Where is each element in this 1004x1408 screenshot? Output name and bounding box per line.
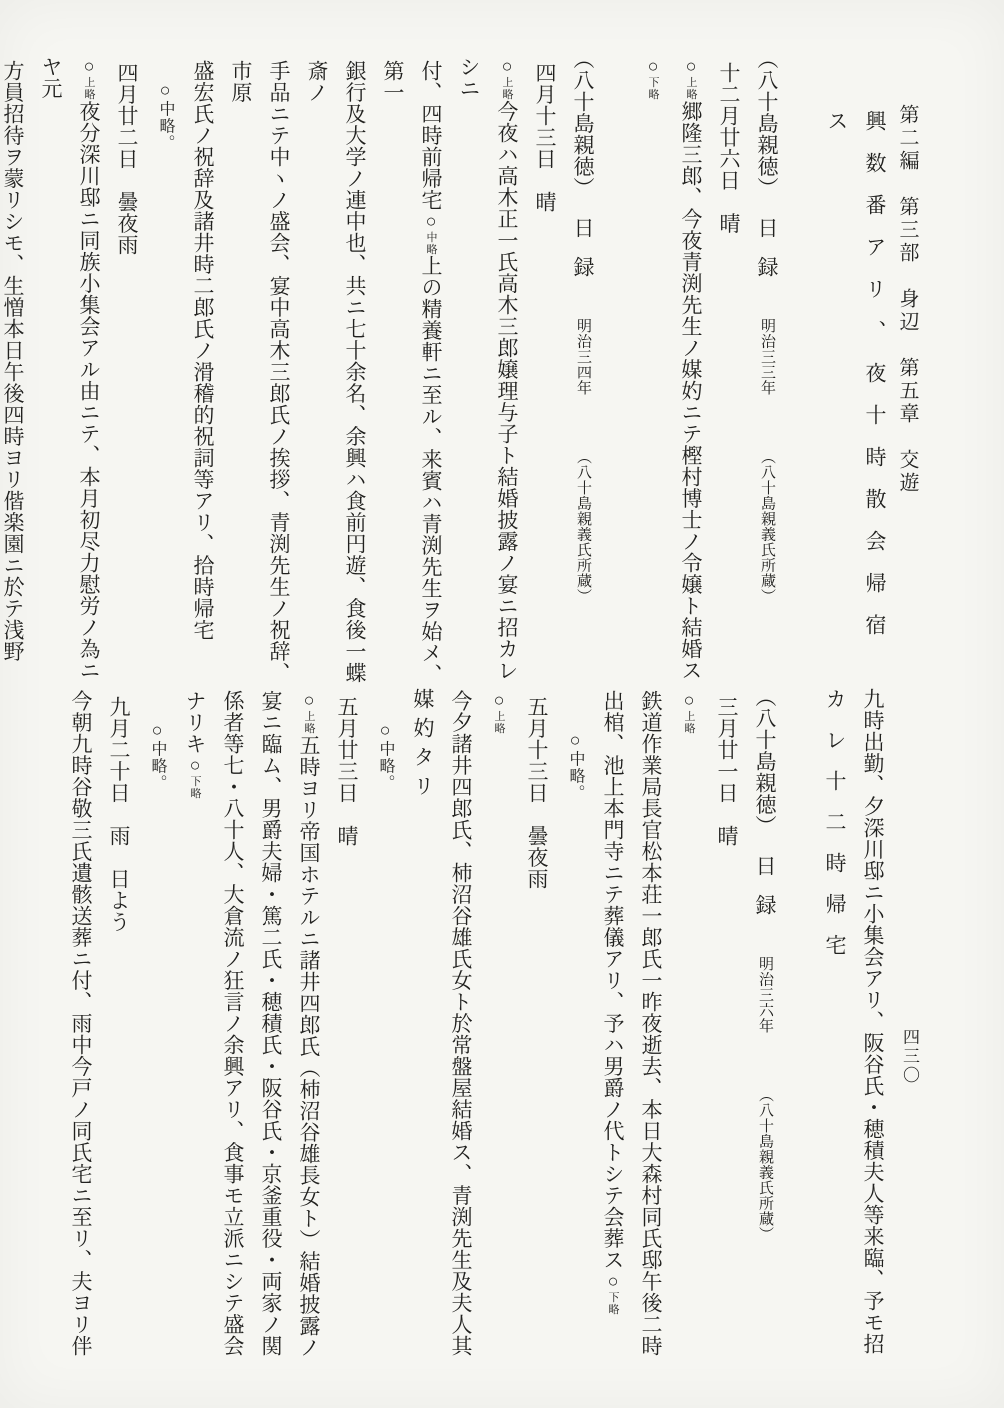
circle-icon: ○ [375,720,395,741]
circle-icon: ○ [679,690,699,711]
text-column: 五月廿三日 晴 [328,686,366,1408]
text-column: 鉄道作業局長官松本荘一郎氏一昨夜逝去、本日大森村同氏邸午後二時 [632,686,670,1408]
circle-icon: ○ [489,690,509,711]
omission-marker: ○中略 [419,211,443,256]
omission-marker: ○下略 [183,755,207,800]
text-column: 四月十三日 晴 [526,48,564,688]
heading-segment: 日 [755,217,779,239]
text-column: ○中略。 [556,686,594,1408]
text-column: ナリキ○下略 [176,686,214,1408]
circle-icon: ○ [565,730,585,751]
omission-label: 上略 [303,711,315,735]
omission-label: 中略。 [567,751,584,802]
top-text-band: 興数番アリ、夜十時散会帰宿ス（八十島親徳）日録明治三三年（八十島親義氏所蔵）十二… [0,48,1004,688]
text-column: 三月廿一日 晴 [708,686,746,1408]
circle-icon: ○ [603,1271,623,1292]
text-column: 盛宏氏ノ祝辞及諸井時二郎氏ノ滑稽的祝詞等アリ、拾時帰宅 [184,48,222,688]
circle-icon: ○ [299,690,319,711]
text-column: 付、四時前帰宅○中略上の精養軒ニ至ル、来賓ハ青渕先生ヲ始メ、第一 [374,48,450,688]
text-column: 媒妁タリ [404,686,442,1408]
heading-segment: （八十島親徳） [571,48,595,199]
circle-icon: ○ [681,56,701,77]
circle-icon: ○ [497,56,517,77]
text-column: 興数番アリ、夜十時散会帰宿ス [818,48,894,688]
omission-marker: ○上略 [495,56,519,101]
omission-label: 中略 [425,231,437,255]
text-column: 九時出勤、夕深川邸ニ小集会アリ、阪谷氏・穂積夫人等来臨、予モ招 [854,686,892,1408]
text-column: 十二月廿六日 晴 [710,48,748,688]
circle-icon: ○ [155,80,175,101]
heading-segment: 録 [571,256,595,278]
text-column: 宴ニ臨ム、男爵夫婦・篤二氏・穂積氏・阪谷氏・京釜重役・両家ノ関 [252,686,290,1408]
source-heading-column: （八十島親徳）日録明治三三年（八十島親義氏所蔵） [748,48,786,688]
text-column: 九月二十日 雨 日よう [100,686,138,1408]
heading-segment: （八十島親義氏所蔵） [575,449,591,604]
omission-label: 上略 [683,711,695,735]
circle-icon: ○ [643,56,663,77]
heading-segment: 明治三三年 [759,318,775,396]
circle-icon: ○ [79,56,99,77]
text-column: 今夕諸井四郎氏、柿沼谷雄氏女ト於常盤屋結婚ス、青渕先生及夫人其 [442,686,480,1408]
text-column: 方員招待ヲ蒙リシモ、生憎本日午後四時ヨリ偕楽園ニ於テ浅野氏・青 [0,48,32,688]
text-column: 係者等七・八十人、大倉流ノ狂言ノ余興アリ、食事モ立派ニシテ盛会 [214,686,252,1408]
text-column: ○中略。 [138,686,176,1408]
bottom-text-band: 九時出勤、夕深川邸ニ小集会アリ、阪谷氏・穂積夫人等来臨、予モ招カレ十二時帰宅（八… [0,686,1004,1408]
omission-marker: ○中略。 [145,720,169,792]
heading-segment: 録 [755,256,779,278]
heading-segment: 明治三四年 [575,318,591,396]
omission-marker: ○中略。 [153,80,177,152]
text-column: カレ十二時帰宅 [816,686,854,1408]
omission-label: 上略 [501,77,513,101]
heading-segment: （八十島親義氏所蔵） [759,449,775,604]
heading-segment: 日 [571,217,595,239]
text-column: ○上略郷隆三郎、今夜青渕先生ノ媒妁ニテ樫村博士ノ令嬢ト結婚ス○下略 [634,48,710,688]
omission-marker: ○上略 [677,690,701,735]
text-column: 銀行及大学ノ連中也、共ニ七十余名、余興ハ食前円遊、食後一蝶斎ノ [298,48,374,688]
text-column: 出棺、池上本門寺ニテ葬儀アリ、予ハ男爵ノ代トシテ会葬ス○下略 [594,686,632,1408]
omission-marker: ○上略 [487,690,511,735]
source-heading-column: （八十島親徳）日録明治三四年（八十島親義氏所蔵） [564,48,602,688]
omission-label: 下略 [647,77,659,101]
text-column: 四月廿二日 曇夜雨 [108,48,146,688]
omission-label: 下略 [607,1291,619,1315]
omission-marker: ○下略 [641,56,665,101]
omission-marker: ○中略。 [373,720,397,792]
omission-label: 上略 [493,711,505,735]
omission-marker: ○上略 [297,690,321,735]
text-column: ○上略五時ヨリ帝国ホテルニ諸井四郎氏（柿沼谷雄長女ト）結婚披露ノ [290,686,328,1408]
omission-marker: ○中略。 [563,730,587,802]
omission-label: 中略。 [377,741,394,792]
omission-marker: ○下略 [601,1271,625,1316]
heading-segment: （八十島親徳） [755,48,779,199]
source-heading-column: （八十島親徳）日録明治三六年（八十島親義氏所蔵） [746,686,784,1408]
text-column: ○上略今夜ハ高木正一氏高木三郎嬢理与子ト結婚披露ノ宴ニ招カレシニ [450,48,526,688]
circle-icon: ○ [185,755,205,776]
text-column: ○中略。 [366,686,404,1408]
text-column: 五月十三日 曇夜雨 [518,686,556,1408]
text-column: ○中略。 [146,48,184,688]
omission-label: 中略。 [157,101,174,152]
document-page: 第二編 第三部 身辺 第五章 交遊 四三〇 興数番アリ、夜十時散会帰宿ス（八十島… [0,0,1004,1408]
text-column: 手品ニテ中ヽノ盛会、宴中高木三郎氏ノ挨拶、青渕先生ノ祝辞、市原 [222,48,298,688]
text-column: ○上略 [480,686,518,1408]
circle-icon: ○ [421,211,441,232]
heading-segment: 日 [753,855,777,877]
circle-icon: ○ [147,720,167,741]
text-column: 今朝九時谷敬三氏遺骸送葬ニ付、雨中今戸ノ同氏宅ニ至リ、夫ヨリ伴 [62,686,100,1408]
heading-segment: （八十島親徳） [753,686,777,837]
omission-label: 下略 [189,775,201,799]
omission-label: 上略 [83,77,95,101]
omission-marker: ○上略 [679,56,703,101]
heading-segment: 録 [753,894,777,916]
heading-segment: 明治三六年 [757,956,773,1034]
text-column: ○上略夜分深川邸ニ同族小集会アル由ニテ、本月初尽力慰労ノ為ニヤ元 [32,48,108,688]
omission-label: 上略 [685,77,697,101]
text-column: ○上略 [670,686,708,1408]
heading-segment: （八十島親義氏所蔵） [757,1087,773,1242]
omission-label: 中略。 [149,741,166,792]
omission-marker: ○上略 [77,56,101,101]
